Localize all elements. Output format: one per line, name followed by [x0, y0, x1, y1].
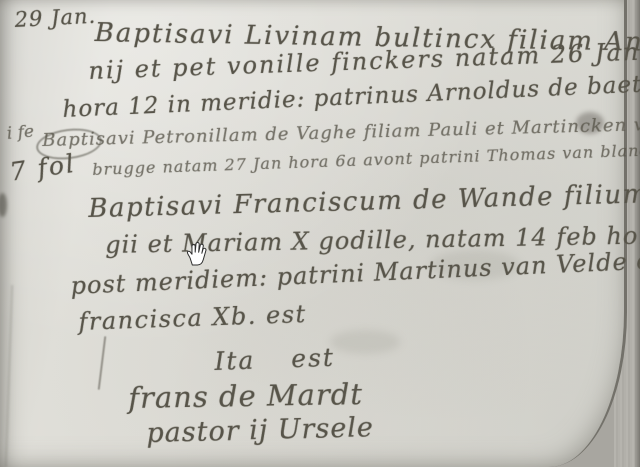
- signature-title: pastor ij Ursele: [146, 412, 374, 449]
- pen-flourish: [98, 336, 107, 390]
- margin-date: 29 Jan.: [14, 4, 97, 32]
- ink-blot: [0, 193, 7, 217]
- signature-name: frans de Mardt: [128, 377, 363, 415]
- manuscript-scan-view: 29 Jan. i fe 7 fol Baptisavi Livinam bul…: [0, 0, 640, 467]
- entry3-line4: francisca Xb. est: [78, 300, 307, 336]
- attestation: Ita est: [214, 343, 335, 376]
- paper-crease: [5, 285, 13, 467]
- paper-stain: [330, 330, 400, 354]
- margin-note-1: i fe: [6, 122, 35, 144]
- hand-grab-cursor-icon: [185, 241, 207, 267]
- manuscript-page: 29 Jan. i fe 7 fol Baptisavi Livinam bul…: [0, 0, 627, 467]
- entry3-line1: Baptisavi Franciscum de Wande filium Geo…: [88, 177, 640, 224]
- margin-note-2: 7 fol: [8, 149, 78, 187]
